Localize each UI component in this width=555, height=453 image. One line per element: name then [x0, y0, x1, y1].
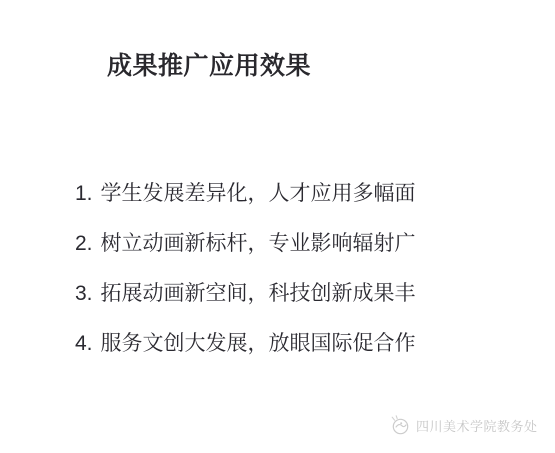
slide-canvas: 成果推广应用效果 1.学生发展差异化，人才应用多幅面 2.树立动画新标杆，专业影… — [0, 0, 555, 453]
list-item: 4.服务文创大发展，放眼国际促合作 — [75, 329, 416, 359]
school-emblem-icon — [389, 414, 410, 436]
point-text: 树立动画新标杆，专业影响辐射广 — [101, 232, 416, 255]
point-number: 4. — [75, 332, 93, 355]
point-number: 1. — [75, 182, 93, 205]
point-text: 拓展动画新空间，科技创新成果丰 — [101, 282, 416, 305]
point-text: 服务文创大发展，放眼国际促合作 — [101, 332, 416, 355]
watermark-label: 四川美术学院教务处 — [416, 416, 538, 435]
list-item: 3.拓展动画新空间，科技创新成果丰 — [75, 279, 416, 309]
list-item: 2.树立动画新标杆，专业影响辐射广 — [75, 229, 416, 259]
point-number: 3. — [75, 282, 93, 305]
point-number: 2. — [75, 232, 93, 255]
list-item: 1.学生发展差异化，人才应用多幅面 — [75, 179, 416, 209]
point-text: 学生发展差异化，人才应用多幅面 — [101, 182, 416, 205]
points-list: 1.学生发展差异化，人才应用多幅面 2.树立动画新标杆，专业影响辐射广 3.拓展… — [0, 0, 555, 453]
watermark: 四川美术学院教务处 — [389, 414, 538, 436]
